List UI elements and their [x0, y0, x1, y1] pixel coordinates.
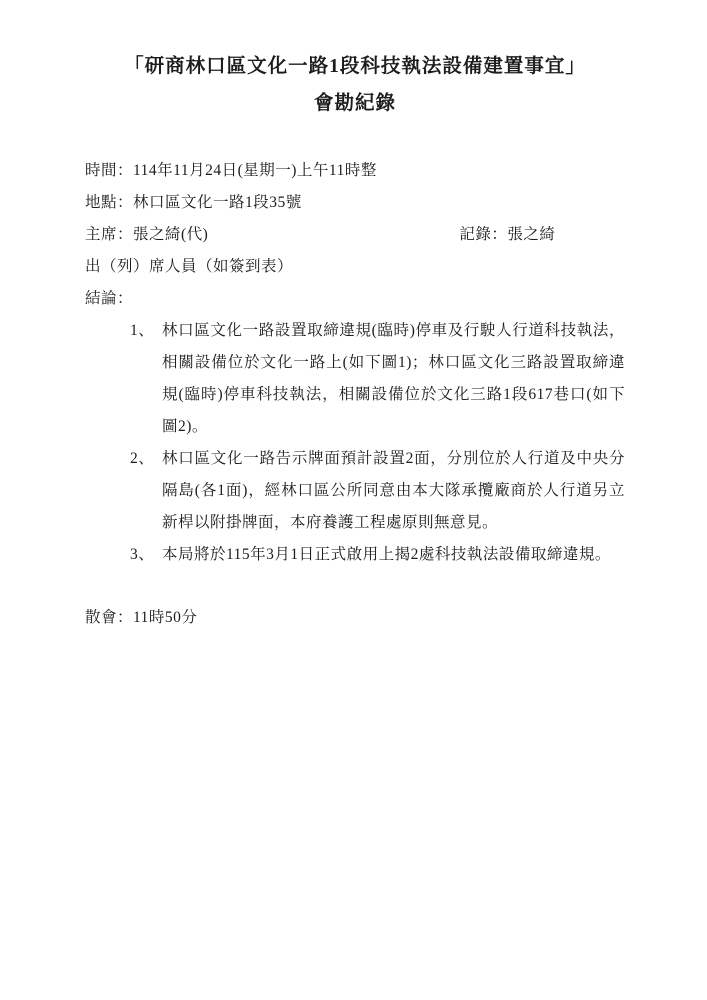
meeting-time: 時間：114年11月24日(星期一)上午11時整	[85, 155, 625, 187]
document-body: 時間：114年11月24日(星期一)上午11時整 地點：林口區文化一路1段35號…	[85, 155, 625, 634]
conclusion-item: 1、 林口區文化一路設置取締違規(臨時)停車及行駛人行道科技執法，相關設備位於文…	[130, 315, 625, 443]
attendees-line: 出（列）席人員（如簽到表）	[85, 251, 625, 283]
adjourn-time: 散會：11時50分	[85, 602, 625, 634]
meeting-chair: 主席：張之綺(代)	[85, 219, 455, 251]
conclusion-item-text: 本局將於115年3月1日正式啟用上揭2處科技執法設備取締違規。	[162, 539, 625, 571]
conclusion-item-text: 林口區文化一路設置取締違規(臨時)停車及行駛人行道科技執法，相關設備位於文化一路…	[162, 315, 625, 443]
chair-recorder-line: 主席：張之綺(代) 記錄：張之綺	[85, 219, 625, 251]
document-title-line2: 會勘紀錄	[85, 85, 625, 122]
conclusion-item: 2、 林口區文化一路告示牌面預計設置2面，分別位於人行道及中央分隔島(各1面)，…	[130, 443, 625, 539]
document-title: 「研商林口區文化一路1段科技執法設備建置事宜」 會勘紀錄	[85, 48, 625, 122]
document-title-line1: 「研商林口區文化一路1段科技執法設備建置事宜」	[85, 48, 625, 85]
conclusion-item-text: 林口區文化一路告示牌面預計設置2面，分別位於人行道及中央分隔島(各1面)，經林口…	[162, 443, 625, 539]
conclusion-list: 1、 林口區文化一路設置取締違規(臨時)停車及行駛人行道科技執法，相關設備位於文…	[130, 315, 625, 571]
conclusion-label: 結論：	[85, 283, 625, 315]
meeting-minutes-document: 「研商林口區文化一路1段科技執法設備建置事宜」 會勘紀錄 時間：114年11月2…	[0, 0, 707, 1000]
conclusion-item-number: 2、	[130, 443, 162, 475]
meeting-location: 地點：林口區文化一路1段35號	[85, 187, 625, 219]
conclusion-item-number: 1、	[130, 315, 162, 347]
conclusion-item: 3、 本局將於115年3月1日正式啟用上揭2處科技執法設備取締違規。	[130, 539, 625, 571]
meeting-recorder: 記錄：張之綺	[459, 226, 555, 243]
conclusion-item-number: 3、	[130, 539, 162, 571]
